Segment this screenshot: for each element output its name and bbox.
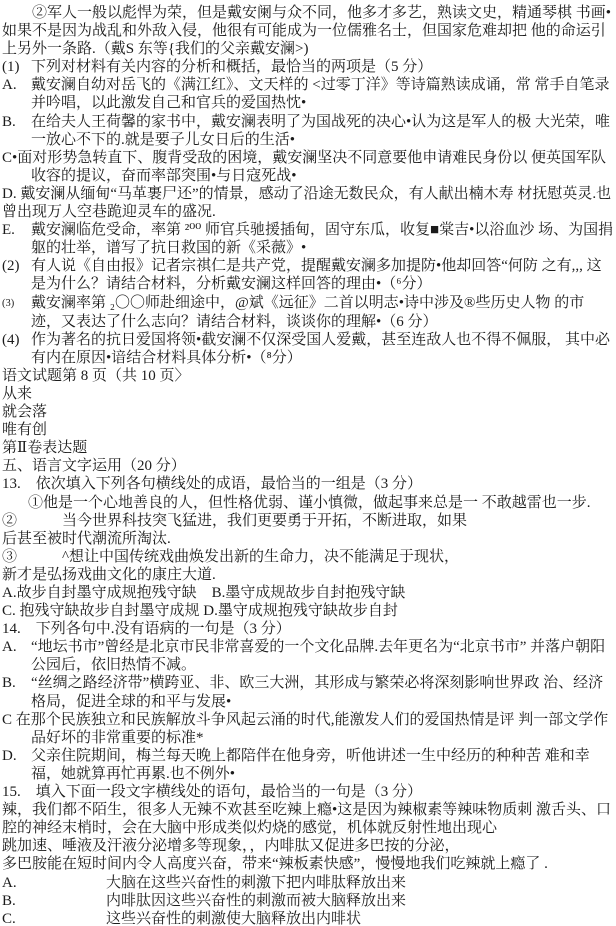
text-line: 跳加速、唾液及汗液分泌增多等现象，，内啡肽又促进多巴按的分泌， — [2, 837, 614, 855]
text-line: B.在给夫人王荷馨的家书中，戴安澜表明了为国战死的决心•认为这是军人的极 大光荣… — [2, 113, 614, 149]
line-text: ② 当今世界科技突飞猛进，我们更要勇于开拓，不断进取，如果 — [2, 513, 467, 529]
line-text: 面对形势急转直下、腹背受敌的困境，戴安澜坚决不同意要他申请难民身份以 便英国军队… — [17, 150, 606, 184]
line-text: 后甚至被时代潮流所淘汰. — [2, 531, 171, 547]
line-label: A. — [2, 638, 31, 656]
line-label: B. — [2, 113, 31, 131]
text-line: (3)戴安澜率第 ₂〇〇师赴细途中，@斌《远征》二首以明志•诗中涉及®些历史人物… — [2, 294, 614, 331]
line-text: 多巴胺能在短时间内令人高度兴奋，带来“辣板素快感”，慢慢地我们吃辣就上瘾了 . — [2, 856, 548, 872]
text-line: (2)有人说《自由报》记者宗祺仁是共产党，提醒戴安澜多加提防•他却回答“何防 之… — [2, 257, 614, 293]
line-label: (4) — [2, 331, 31, 349]
line-text: 唯有创 — [2, 422, 47, 438]
line-label: A. — [2, 76, 31, 94]
text-line: 多巴胺能在短时间内令人高度兴奋，带来“辣板素快感”，慢慢地我们吃辣就上瘾了 . — [2, 855, 614, 873]
line-text: 跳加速、唾液及汗液分泌增多等现象，，内啡肽又促进多巴按的分泌， — [2, 838, 460, 854]
line-text: 第Ⅱ卷表达题 — [2, 440, 87, 456]
line-text: 戴安澜自幼对岳飞的《满江红》、文天样的 <过零丁洋》等诗篇熟读成诵，常 常手自笔… — [31, 77, 609, 111]
line-text: D. 戴安澜从缅甸“马革裹尸还”的情景，感动了沿途无数民众，有人献出楠木寿 材抚… — [2, 186, 611, 220]
line-label: (3) — [2, 295, 31, 313]
line-text: “丝绸之路经济带”横跨亚、非、欧三大洲，其形成与繁荣必将深刻影响世界政 治、经济… — [31, 675, 603, 709]
line-text: 有人说《自由报》记者宗祺仁是共产党，提醒戴安澜多加提防•他却回答“何防 之有,,… — [31, 258, 602, 292]
line-text: 语文试题第 8 页（共 10 页〉 — [2, 368, 190, 384]
text-line: (1)下列对材料有关内容的分析和概括，最恰当的两项是（5 分） — [2, 58, 614, 76]
text-line: D. 戴安澜从缅甸“马革裹尸还”的情景，感动了沿途无数民众，有人献出楠木寿 材抚… — [2, 185, 614, 221]
line-text: 下列对材料有关内容的分析和概括，最恰当的两项是（5 分） — [31, 59, 432, 75]
line-text: 在那个民族独立和民族解放斗争风起云涌的时代,能激发人们的爱国热情是评 判一部文学… — [16, 712, 609, 746]
text-line: 15. 填入下面一段文字横线处的语句，最恰当的一句是（3 分） — [2, 783, 614, 801]
line-text: 父亲住院期间，梅兰每天晚上都陪伴在他身旁，听他讲述一生中经历的种种苦 难和幸福，… — [31, 748, 590, 782]
line-label: D. — [2, 747, 31, 765]
line-label: E. — [2, 221, 31, 239]
text-line: 唯有创 — [2, 421, 614, 439]
line-text: 这些兴奋性的刺激使大脑释放出内啡状 — [106, 911, 361, 926]
line-text: ②军人一般以彪悍为荣，但是戴安阑与众不同，他多才多艺，熟读文史，精通琴棋 书画•… — [2, 5, 611, 57]
line-text: 新才是弘扬戏曲文化的康庄大道. — [2, 567, 216, 583]
line-text: ①他是一个心地善良的人，但性格优弱、谨小慎微，做起事来总是一 不敢越雷也一步. — [28, 495, 591, 511]
text-line: D.父亲住院期间，梅兰每天晚上都陪伴在他身旁，听他讲述一生中经历的种种苦 难和幸… — [2, 747, 614, 783]
text-line: 后甚至被时代潮流所淘汰. — [2, 530, 614, 548]
text-line: ② 当今世界科技突飞猛进，我们更要勇于开拓，不断进取，如果 — [2, 512, 614, 530]
line-label: B. — [2, 892, 106, 910]
text-line: A.大脑在这些兴奋性的刺激下把内啡肽释放出来 — [2, 874, 614, 892]
line-text: ③ ^想让中国传统戏曲焕发出新的生命力，决不能满足于现状， — [2, 549, 459, 565]
text-line: ③ ^想让中国传统戏曲焕发出新的生命力，决不能满足于现状， — [2, 548, 614, 566]
text-line: A.“地坛书市”曾经是北京市民非常喜爱的一个文化品牌.去年更名为“北京书市” 并… — [2, 638, 614, 674]
line-label: C. — [2, 910, 106, 926]
text-line: C.这些兴奋性的刺激使大脑释放出内啡状 — [2, 910, 614, 926]
line-text: 在给夫人王荷馨的家书中，戴安澜表明了为国战死的决心•认为这是军人的极 大光荣，唯… — [31, 114, 610, 148]
text-line: 从来 — [2, 385, 614, 403]
line-text: 13. 依次填入下列各句横线处的成语，最恰当的一组是（3 分） — [2, 476, 422, 492]
line-text: 就会落 — [2, 404, 47, 420]
text-line: C 在那个民族独立和民族解放斗争风起云涌的时代,能激发人们的爱国热情是评 判一部… — [2, 711, 614, 747]
line-text: 戴安澜临危受命，率第 ²⁰⁰ 师官兵驰援插甸，固守东瓜，收复■棠吉•以浴血沙 场… — [31, 222, 613, 256]
text-line: ①他是一个心地善良的人，但性格优弱、谨小慎微，做起事来总是一 不敢越雷也一步. — [2, 494, 614, 512]
line-label: (1) — [2, 58, 31, 76]
line-text: 从来 — [2, 386, 32, 402]
text-line: ②军人一般以彪悍为荣，但是戴安阑与众不同，他多才多艺，熟读文史，精通琴棋 书画•… — [2, 4, 614, 58]
line-label: C — [2, 712, 16, 728]
line-text: 作为著名的抗日爱国将领•截安澜不仅深受国人爱戴，甚至连敌人也不得不佩服， 其中必… — [31, 332, 610, 366]
text-line: E.戴安澜临危受命，率第 ²⁰⁰ 师官兵驰援插甸，固守东瓜，收复■棠吉•以浴血沙… — [2, 221, 614, 257]
line-text: C. 抱残守缺故步自封墨守成规 D.墨守成规抱残守缺故步自封 — [2, 603, 398, 619]
line-label: B. — [2, 674, 31, 692]
text-line: 第Ⅱ卷表达题 — [2, 439, 614, 457]
line-text: 五、语言文字运用（20 分） — [2, 458, 186, 474]
line-text: 辣，我们都不陌生，很多人无辣不欢甚至吃辣上瘾•这是因为辣椒素等辣味物质刺 激舌头… — [2, 802, 611, 836]
text-line: 辣，我们都不陌生，很多人无辣不欢甚至吃辣上瘾•这是因为辣椒素等辣味物质刺 激舌头… — [2, 801, 614, 837]
line-text: 14. 下列各句中.没有语病的一句是（3 分） — [2, 621, 291, 637]
text-line: C•面对形势急转直下、腹背受敌的困境，戴安澜坚决不同意要他申请难民身份以 便英国… — [2, 149, 614, 185]
text-line: B.“丝绸之路经济带”横跨亚、非、欧三大洲，其形成与繁荣必将深刻影响世界政 治、… — [2, 674, 614, 710]
text-line: C. 抱残守缺故步自封墨守成规 D.墨守成规抱残守缺故步自封 — [2, 602, 614, 620]
line-text: “地坛书市”曾经是北京市民非常喜爱的一个文化品牌.去年更名为“北京书市” 并落户… — [31, 639, 605, 673]
text-line: 新才是弘扬戏曲文化的康庄大道. — [2, 566, 614, 584]
text-line: 14. 下列各句中.没有语病的一句是（3 分） — [2, 620, 614, 638]
line-text: A.故步自封墨守成规抱残守缺 B.墨守成规故步自封抱残守缺 — [2, 585, 405, 601]
text-line: A.故步自封墨守成规抱残守缺 B.墨守成规故步自封抱残守缺 — [2, 584, 614, 602]
text-line: 13. 依次填入下列各句横线处的成语，最恰当的一组是（3 分） — [2, 475, 614, 493]
text-line: (4)作为著名的抗日爱国将领•截安澜不仅深受国人爱戴，甚至连敌人也不得不佩服， … — [2, 331, 614, 367]
line-text: 戴安澜率第 ₂〇〇师赴细途中，@斌《远征》二首以明志•诗中涉及®些历史人物 的市… — [31, 295, 584, 330]
exam-document: ②军人一般以彪悍为荣，但是戴安阑与众不同，他多才多艺，熟读文史，精通琴棋 书画•… — [0, 0, 616, 926]
line-text: 内啡肽因这些兴奋性的刺激而被大脑释放出来 — [106, 893, 406, 909]
text-line: A.戴安澜自幼对岳飞的《满江红》、文天样的 <过零丁洋》等诗篇熟读成诵，常 常手… — [2, 76, 614, 112]
text-line: B.内啡肽因这些兴奋性的刺激而被大脑释放出来 — [2, 892, 614, 910]
text-line: 语文试题第 8 页（共 10 页〉 — [2, 367, 614, 385]
line-label: A. — [2, 874, 106, 892]
text-line: 就会落 — [2, 403, 614, 421]
line-text: 15. 填入下面一段文字横线处的语句，最恰当的一句是（3 分） — [2, 784, 422, 800]
line-label: C• — [2, 150, 17, 166]
line-label: (2) — [2, 257, 31, 275]
text-line: 五、语言文字运用（20 分） — [2, 457, 614, 475]
line-text: 大脑在这些兴奋性的刺激下把内啡肽释放出来 — [106, 875, 406, 891]
